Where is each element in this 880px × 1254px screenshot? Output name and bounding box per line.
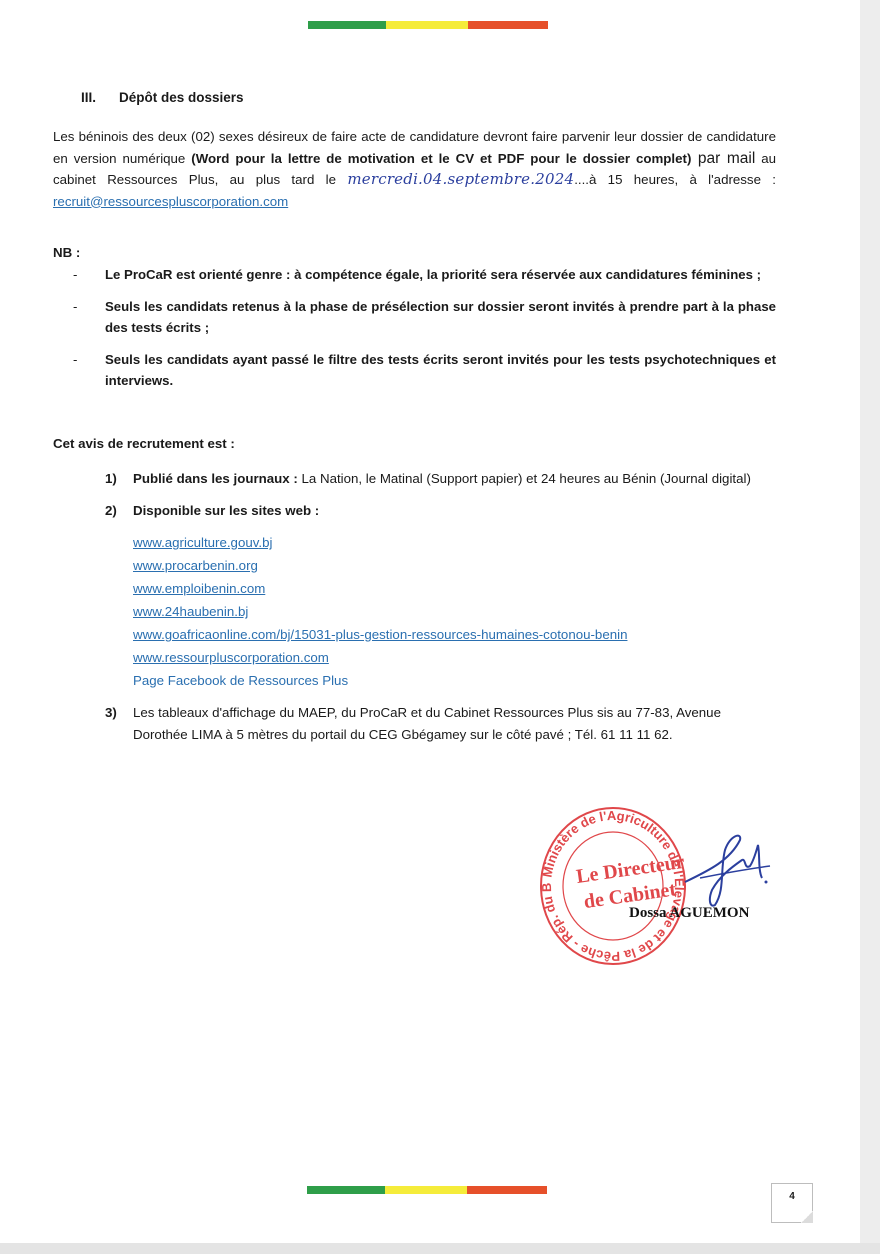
nb-item-text: Le ProCaR est orienté genre : à compéten… [105,267,761,282]
section-number: III. [81,87,119,109]
flag-red [467,1186,547,1194]
nb-label: NB : [53,242,80,264]
avis-item-sites: 2) Disponible sur les sites web : www.ag… [105,500,776,693]
flag-bar-bottom [307,1186,547,1194]
website-link[interactable]: www.goafricaonline.com/bj/15031-plus-ges… [133,627,627,642]
intro-par-mail: par mail [691,150,755,167]
avis-label: Cet avis de recrutement est : [53,433,235,455]
website-link[interactable]: www.agriculture.gouv.bj [133,535,272,550]
document-page: III.Dépôt des dossiers Les béninois des … [0,0,860,1243]
item-number: 3) [105,702,117,724]
item-heading: Publié dans les journaux : [133,471,298,486]
flag-green [307,1186,385,1194]
intro-bold-format: (Word pour la lettre de motivation et le… [191,151,691,166]
handwritten-deadline-date: mercredi.04.septembre.2024 [347,170,574,188]
flag-green [308,21,386,29]
flag-yellow [386,21,468,29]
avis-item-tableaux: 3) Les tableaux d'affichage du MAEP, du … [105,702,776,745]
nb-item-text: Seuls les candidats retenus à la phase d… [105,299,776,336]
website-link[interactable]: www.procarbenin.org [133,558,258,573]
official-stamp: Ministère de l'Agriculture de l'Elevage … [538,800,688,972]
viewer-bottom-bar [0,1243,880,1254]
facebook-page-text: Page Facebook de Ressources Plus [133,669,776,692]
intro-paragraph: Les béninois des deux (02) sexes désireu… [53,126,776,212]
item-text: La Nation, le Matinal (Support papier) e… [298,471,751,486]
item-text: Les tableaux d'affichage du MAEP, du Pro… [133,705,721,742]
flag-bar-top [308,21,548,29]
item-number: 2) [105,500,117,522]
website-link[interactable]: www.emploibenin.com [133,581,265,596]
avis-list: 1) Publié dans les journaux : La Nation,… [105,468,776,755]
section-title: Dépôt des dossiers [119,90,244,105]
signatory-name: Dossa AGUEMON [629,905,749,922]
flag-yellow [385,1186,467,1194]
page-number-box: 4 [771,1183,813,1223]
website-list: www.agriculture.gouv.bj www.procarbenin.… [133,531,776,692]
nb-item: -Seuls les candidats ayant passé le filt… [73,349,776,392]
nb-item: -Seuls les candidats retenus à la phase … [73,296,776,339]
nb-item-text: Seuls les candidats ayant passé le filtr… [105,352,776,389]
intro-text-3: ....à 15 heures, à l'adresse : [574,172,776,187]
website-link[interactable]: www.ressourpluscorporation.com [133,650,329,665]
item-number: 1) [105,468,117,490]
website-link[interactable]: www.24haubenin.bj [133,604,248,619]
page-curl-icon [801,1211,813,1223]
email-link[interactable]: recruit@ressourcespluscorporation.com [53,194,288,209]
page-number: 4 [789,1191,795,1202]
flag-red [468,21,548,29]
nb-list: -Le ProCaR est orienté genre : à compéte… [73,264,776,402]
viewer-right-margin [860,0,880,1254]
item-heading: Disponible sur les sites web : [133,503,319,518]
avis-item-journaux: 1) Publié dans les journaux : La Nation,… [105,468,776,490]
nb-item: -Le ProCaR est orienté genre : à compéte… [73,264,776,286]
signature [680,830,775,910]
section-heading: III.Dépôt des dossiers [81,87,244,109]
